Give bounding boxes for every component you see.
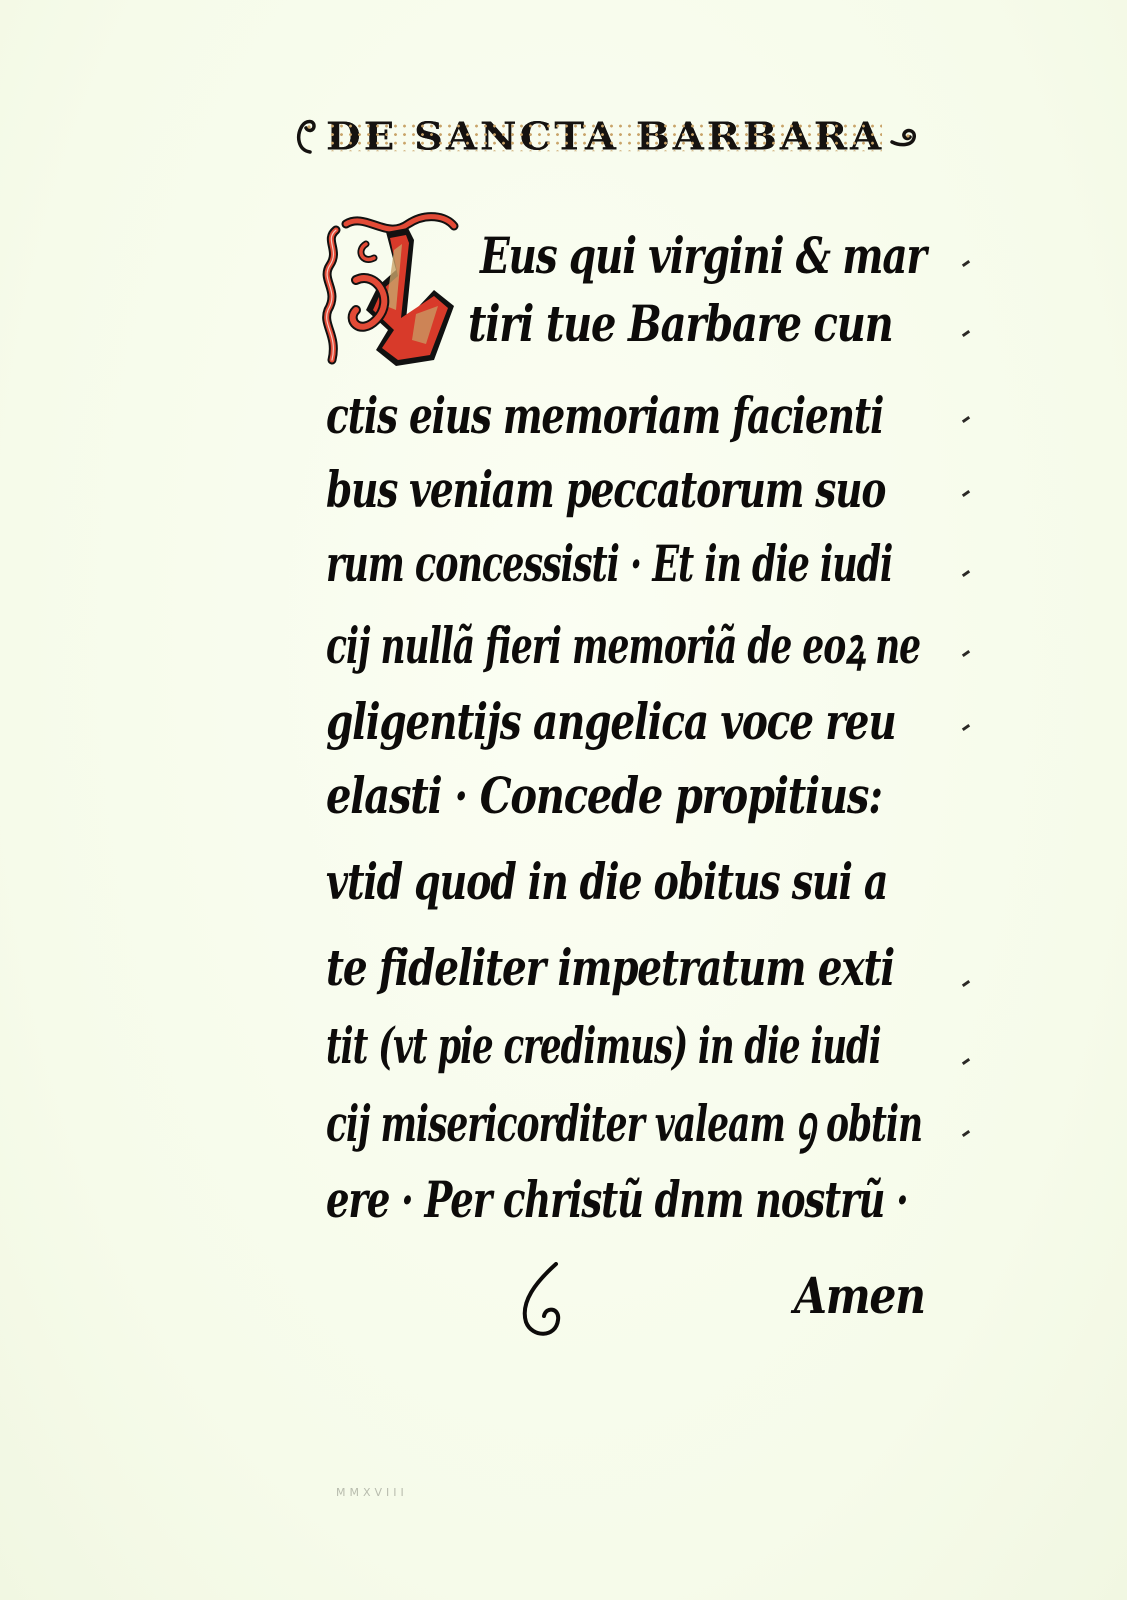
hyphen-mark bbox=[962, 724, 970, 731]
hyphen-mark bbox=[962, 416, 970, 423]
closing-amen: Amen bbox=[794, 1262, 925, 1330]
text-line-3: ctis eius memoriam facienti bbox=[326, 382, 883, 450]
text-line-13: ere · Per christũ dnm nostrũ · bbox=[326, 1166, 908, 1234]
hyphen-mark bbox=[962, 1130, 970, 1137]
title-heading: De Sancta Barbara bbox=[292, 106, 918, 166]
hyphen-mark bbox=[962, 490, 970, 497]
text-line-7: gligentijs angelica voce reu bbox=[326, 688, 896, 756]
text-line-8: elasti · Concede propitius: bbox=[326, 762, 882, 830]
page-title: De Sancta Barbara bbox=[326, 114, 884, 159]
hyphen-mark bbox=[962, 980, 970, 987]
text-line-9: vtid quod in die obitus sui a bbox=[326, 848, 887, 916]
illuminated-initial-d-icon bbox=[316, 210, 466, 370]
text-line-4: bus veniam peccatorum suo bbox=[326, 456, 885, 524]
hyphen-mark bbox=[962, 330, 970, 337]
text-line-2: tiri tue Barbare cun bbox=[468, 290, 892, 358]
hyphen-mark bbox=[962, 1058, 970, 1065]
text-line-1: Eus qui virgini & mar bbox=[480, 222, 926, 290]
manuscript-page: De Sancta Barbara Eus qui virgini & mar … bbox=[0, 0, 1127, 1600]
text-line-5: rum concessisti · Et in die iudi bbox=[326, 530, 892, 598]
left-scroll-flourish-icon bbox=[292, 116, 320, 156]
text-line-10: te fideliter impetratum exti bbox=[326, 934, 894, 1002]
right-scroll-flourish-icon bbox=[890, 116, 918, 156]
text-line-12: cij misericorditer valeam ꝯ obtin bbox=[326, 1090, 922, 1158]
hyphen-mark bbox=[962, 570, 970, 577]
hyphen-mark bbox=[962, 260, 970, 267]
text-line-11: tit (vt pie credimus) in die iudi bbox=[326, 1012, 881, 1080]
date-mark: MMXVIII bbox=[336, 1486, 408, 1499]
text-line-6: cij nullã fieri memoriã de eoꝝ ne bbox=[326, 612, 920, 680]
hyphen-mark bbox=[962, 650, 970, 657]
descender-flourish-icon bbox=[516, 1262, 576, 1342]
